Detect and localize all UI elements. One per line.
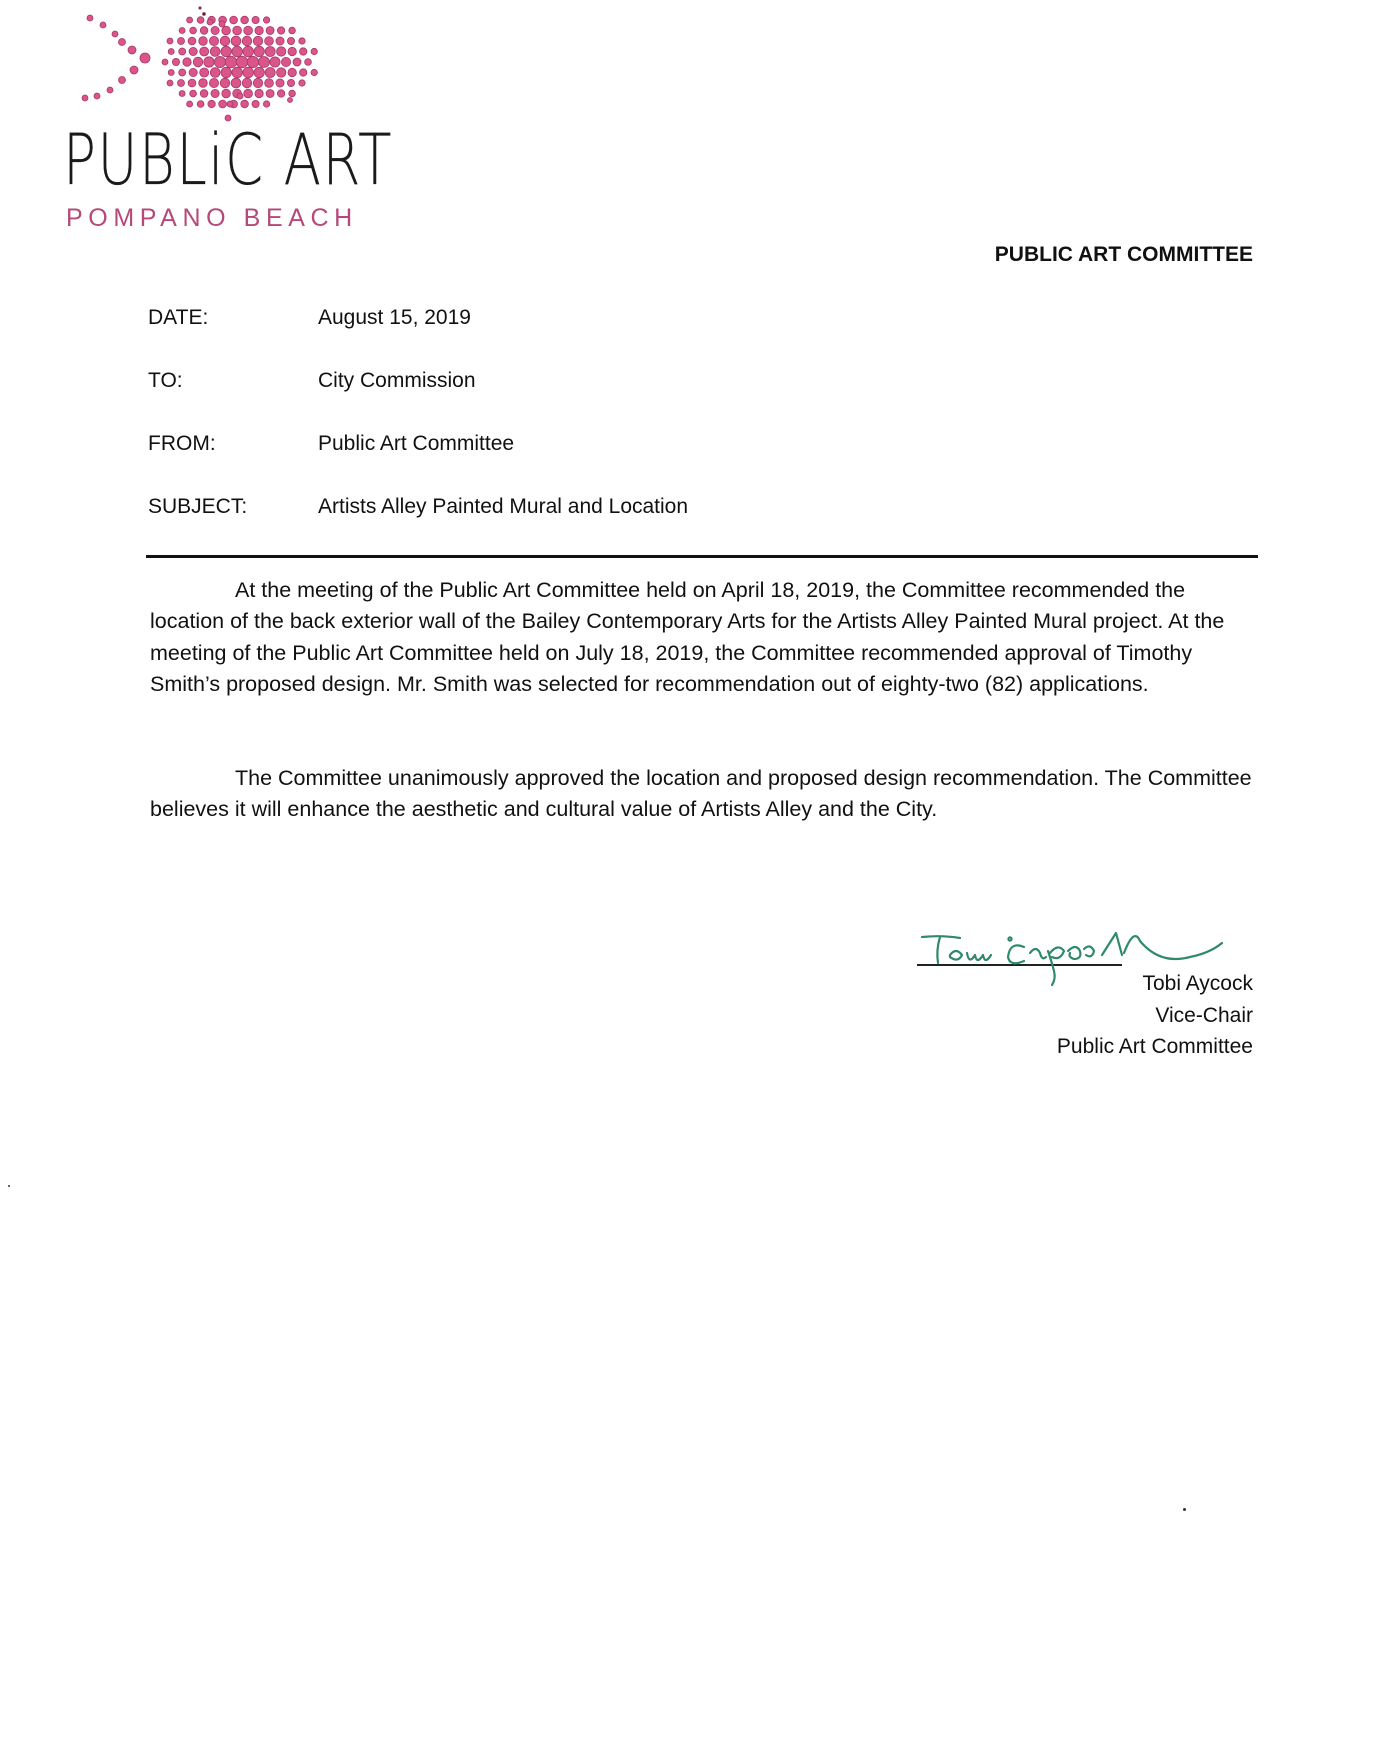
body-paragraph-2: The Committee unanimously approved the l…: [150, 763, 1260, 826]
public-art-logo: PUBLiC ART POMPANO BEACH: [30, 0, 350, 235]
header-divider: [146, 555, 1258, 558]
date-label: DATE:: [148, 306, 208, 330]
subject-label: SUBJECT:: [148, 495, 247, 519]
scan-speck: [8, 1185, 10, 1187]
signer-organization: Public Art Committee: [1057, 1031, 1253, 1063]
to-label: TO:: [148, 369, 183, 393]
signer-name: Tobi Aycock: [1057, 968, 1253, 1000]
fish-dots-icon: [70, 0, 330, 130]
body-paragraph-1: At the meeting of the Public Art Committ…: [150, 575, 1260, 700]
scan-speck: [1183, 1508, 1186, 1511]
to-value: City Commission: [318, 369, 476, 393]
logo-title: PUBLiC ART: [63, 122, 393, 198]
date-value: August 15, 2019: [318, 306, 471, 330]
organization-header: PUBLIC ART COMMITTEE: [995, 243, 1253, 267]
subject-value: Artists Alley Painted Mural and Location: [318, 495, 688, 519]
from-label: FROM:: [148, 432, 216, 456]
signer-title: Vice-Chair: [1057, 1000, 1253, 1032]
signature-block: Tobi Aycock Vice-Chair Public Art Commit…: [1057, 968, 1253, 1063]
from-value: Public Art Committee: [318, 432, 514, 456]
logo-subtitle: POMPANO BEACH: [66, 204, 358, 233]
